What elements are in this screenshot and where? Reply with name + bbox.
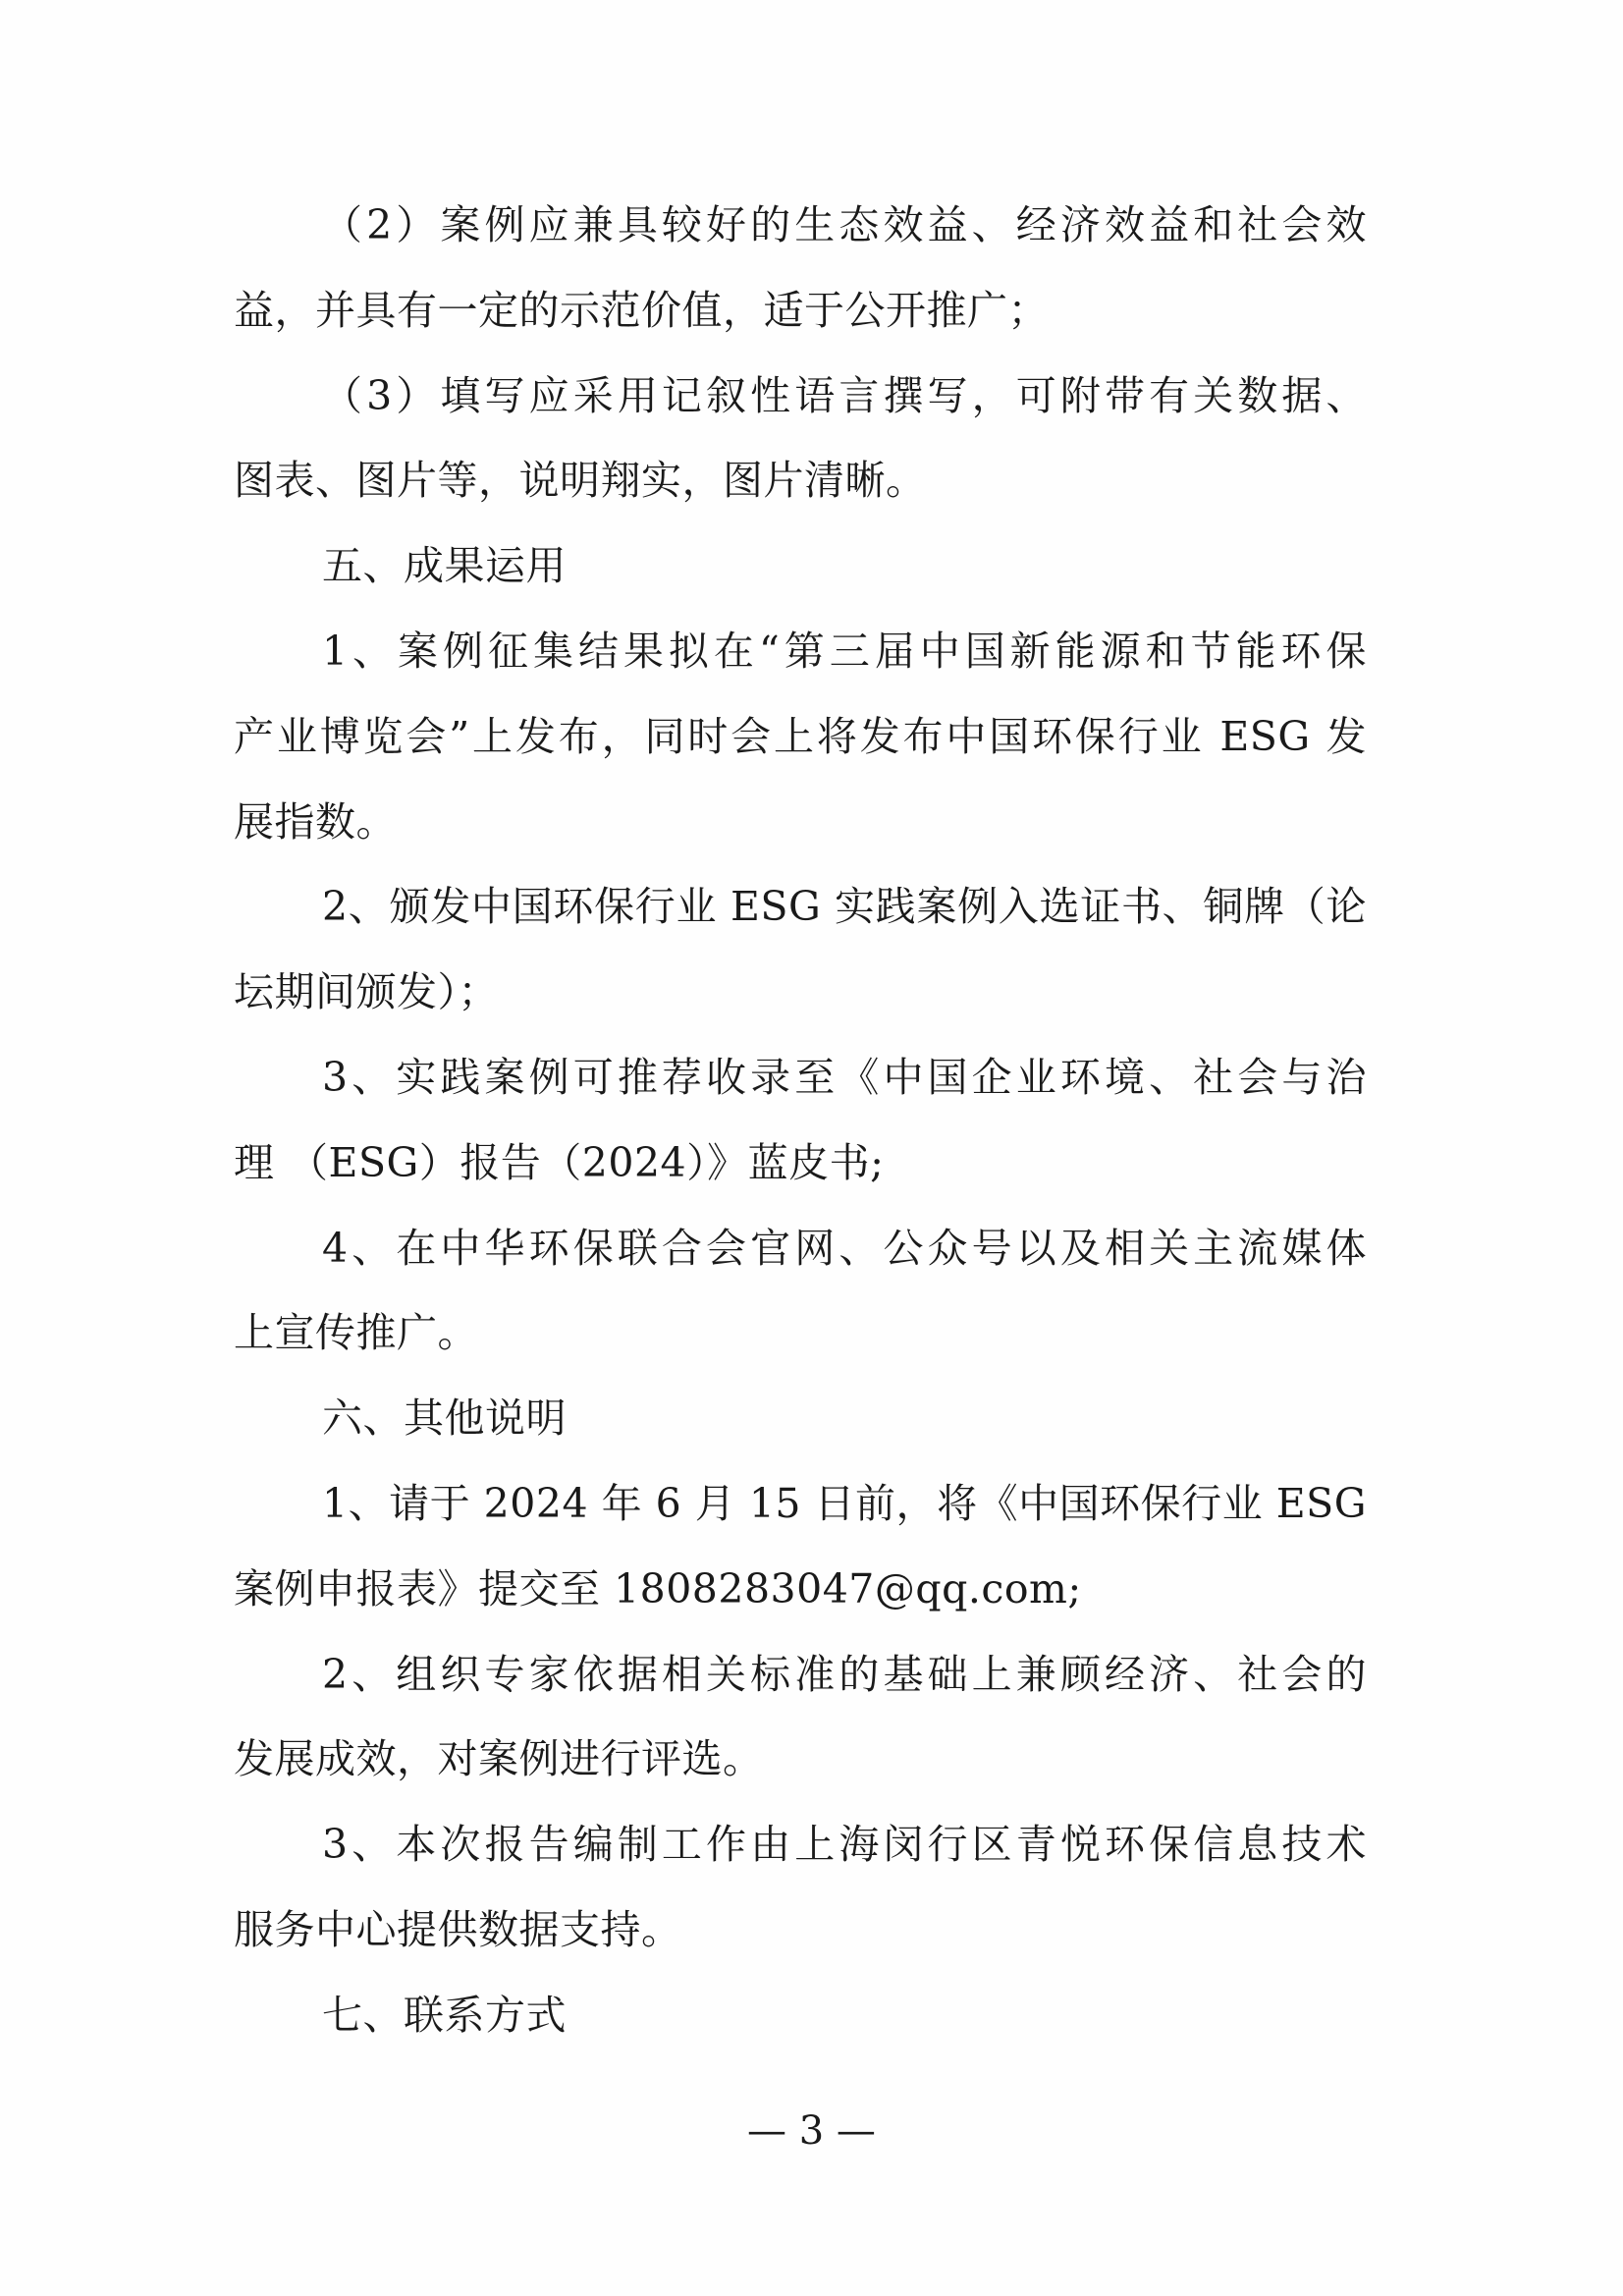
text-line: 六、其他说明 xyxy=(322,1389,1367,1448)
text-line: 理 （ESG）报告（2024）》蓝皮书; xyxy=(234,1133,1367,1192)
page-number: — 3 — xyxy=(0,2106,1623,2156)
text-line: 发展成效，对案例进行评选。 xyxy=(234,1729,1367,1788)
text-line: 展指数。 xyxy=(234,793,1367,851)
text-line: 服务中心提供数据支持。 xyxy=(234,1900,1367,1959)
text-line: 上宣传推广。 xyxy=(234,1303,1367,1362)
text-line: 1、请于 2024 年 6 月 15 日前，将《中国环保行业 ESG xyxy=(322,1474,1367,1533)
text-line: 2、颁发中国环保行业 ESG 实践案例入选证书、铜牌（论 xyxy=(322,877,1367,936)
text-line: 七、联系方式 xyxy=(322,1986,1367,2045)
text-line: 1、案例征集结果拟在“第三届中国新能源和节能环保 xyxy=(322,622,1367,681)
text-line: 产业博览会”上发布，同时会上将发布中国环保行业 ESG 发 xyxy=(234,707,1367,766)
text-line: （2）案例应兼具较好的生态效益、经济效益和社会效 xyxy=(322,195,1367,254)
document-page: （2）案例应兼具较好的生态效益、经济效益和社会效益，并具有一定的示范价值，适于公… xyxy=(0,0,1623,2296)
text-line: 五、成果运用 xyxy=(322,536,1367,595)
text-line: （3）填写应采用记叙性语言撰写，可附带有关数据、 xyxy=(322,366,1367,425)
text-line: 益，并具有一定的示范价值，适于公开推广； xyxy=(234,281,1367,340)
text-line: 3、本次报告编制工作由上海闵行区青悦环保信息技术 xyxy=(322,1815,1367,1874)
text-line: 2、组织专家依据相关标准的基础上兼顾经济、社会的 xyxy=(322,1645,1367,1704)
text-line: 4、在中华环保联合会官网、公众号以及相关主流媒体 xyxy=(322,1219,1367,1278)
text-line: 3、实践案例可推荐收录至《中国企业环境、社会与治 xyxy=(322,1048,1367,1107)
text-line: 案例申报表》提交至 1808283047@qq.com; xyxy=(234,1559,1367,1618)
text-line: 坛期间颁发）； xyxy=(234,962,1367,1021)
text-line: 图表、图片等，说明翔实，图片清晰。 xyxy=(234,451,1367,510)
